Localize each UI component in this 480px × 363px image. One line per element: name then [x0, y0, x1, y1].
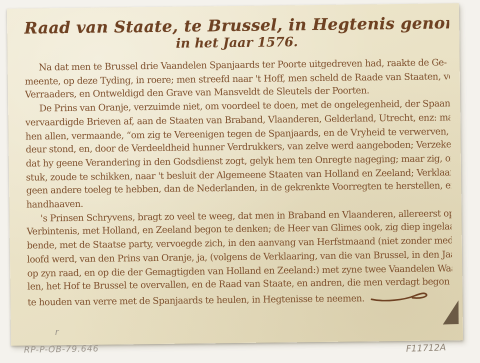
text-line-end: te houden van verre met de Spanjaards te…: [27, 293, 364, 308]
inventory-number: RP-P-OB-79.646: [24, 344, 99, 355]
manuscript-sheet: Raad van Staate, te Brussel, in Hegtenis…: [7, 3, 463, 345]
end-flourish-icon: [370, 290, 428, 307]
pencil-mark: r: [55, 328, 59, 338]
photograph-background: Raad van Staate, te Brussel, in Hegtenis…: [0, 0, 480, 363]
collection-mark: F11712A: [406, 343, 446, 354]
